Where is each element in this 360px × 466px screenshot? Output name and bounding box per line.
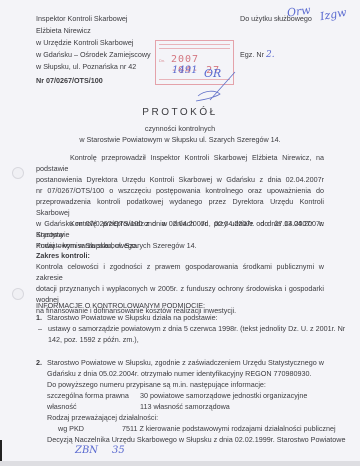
paragraph-line: postanowienia Dyrektora Urzędu Kontroli … [36, 174, 324, 185]
item-1-dash: – [38, 324, 42, 333]
paragraph-line: Powiatowym w Słupsku, ul. Szarych Szereg… [36, 240, 324, 251]
document-page: Inspektor Kontroli Skarbowej Elżbieta Ni… [0, 0, 360, 466]
item-2-number: 2. [36, 358, 42, 367]
reference-number: Nr 07/0267/OTS/100 [36, 76, 103, 85]
field-legal-form-value: 30 powiatowe samorządowe jednostki organ… [140, 391, 307, 400]
sender-line-4: w Gdańsku – Ośrodek Zamiejscowy [36, 50, 151, 59]
handwritten-note-2: Izgw [319, 6, 347, 23]
item-2-line-2: Gdańsku z dnia 05.02.2004r. otrzymało nu… [47, 369, 312, 378]
field-ownership-value: 113 własność samorządowa [140, 402, 230, 411]
stamp-label-dn: Dn. [159, 58, 165, 63]
scope-heading: Zakres kontroli: [36, 251, 90, 260]
punch-hole [12, 288, 24, 300]
document-title: PROTOKÓŁ [0, 107, 360, 119]
pkd-label: wg PKD [58, 424, 84, 433]
item-2-line-3: Do powyższego numeru przypisane są m.in.… [47, 380, 266, 389]
sender-line-1: Inspektor Kontroli Skarbowej [36, 14, 128, 23]
document-subtitle-2: w Starostwie Powiatowym w Słupsku ul. Sz… [0, 135, 360, 144]
info-heading: INFORMACJE O KONTROLOWANYM PODMIOCIE: [36, 301, 205, 310]
item-1-number: 1. [36, 313, 42, 322]
activity-label: Rodzaj przeważającej działalności: [47, 413, 158, 422]
item-1-sub-line-2: 142, poz. 1592 z późn. zm.), [48, 335, 139, 344]
paragraph-line: Kontrolę przeprowadzono w dniach od 02.0… [36, 218, 324, 240]
copy-label: Egz. Nr 2. [240, 50, 275, 60]
scan-bottom-border [0, 461, 360, 466]
stamp-line [159, 48, 230, 49]
document-subtitle-1: czynności kontrolnych [0, 124, 360, 133]
paragraph-line: nr 07/0267/OTS/100 o wszczęciu postępowa… [36, 185, 324, 196]
item-2-line-1: Starostwo Powiatowe w Słupsku, zgodnie z… [47, 358, 324, 367]
pkd-value: 7511 Z kierowanie podstawowymi rodzajami… [122, 424, 336, 433]
sender-line-3: w Urzędzie Kontroli Skarbowej [36, 38, 133, 47]
paragraph-line: Kontrola celowości i zgodności z prawem … [36, 261, 324, 283]
copy-label-text: Egz. Nr [240, 50, 264, 59]
handwritten-initials: ZBN [75, 445, 98, 456]
sender-line-5: w Słupsku, ul. Poznańska nr 42 [36, 62, 136, 71]
paragraph-line: przeprowadzenia kontroli podatkowej wyda… [36, 196, 324, 218]
item-1-sub-line-1: ustawy o samorządzie powiatowym z dnia 5… [48, 324, 324, 333]
signature-stroke-icon [190, 70, 240, 104]
stamp-line [159, 44, 230, 45]
item-1-text: Starostwo Powiatowe w Słupsku działa na … [47, 313, 218, 322]
paragraph-line: Kontrolę przeprowadził Inspektor Kontrol… [36, 152, 324, 174]
handwritten-mark: 35 [112, 445, 125, 456]
copy-number: 2. [266, 50, 275, 60]
item-2-last-line: Decyzją Naczelnika Urzędu Skarbowego w S… [47, 435, 345, 444]
field-legal-form-label: szczególna forma prawna [47, 391, 129, 400]
punch-hole [12, 167, 24, 179]
field-ownership-label: własność [47, 402, 77, 411]
sender-line-2: Elżbieta Nirewicz [36, 26, 91, 35]
scan-edge [0, 440, 2, 462]
paragraph-control-period: Kontrolę przeprowadzono w dniach od 02.0… [36, 218, 324, 251]
